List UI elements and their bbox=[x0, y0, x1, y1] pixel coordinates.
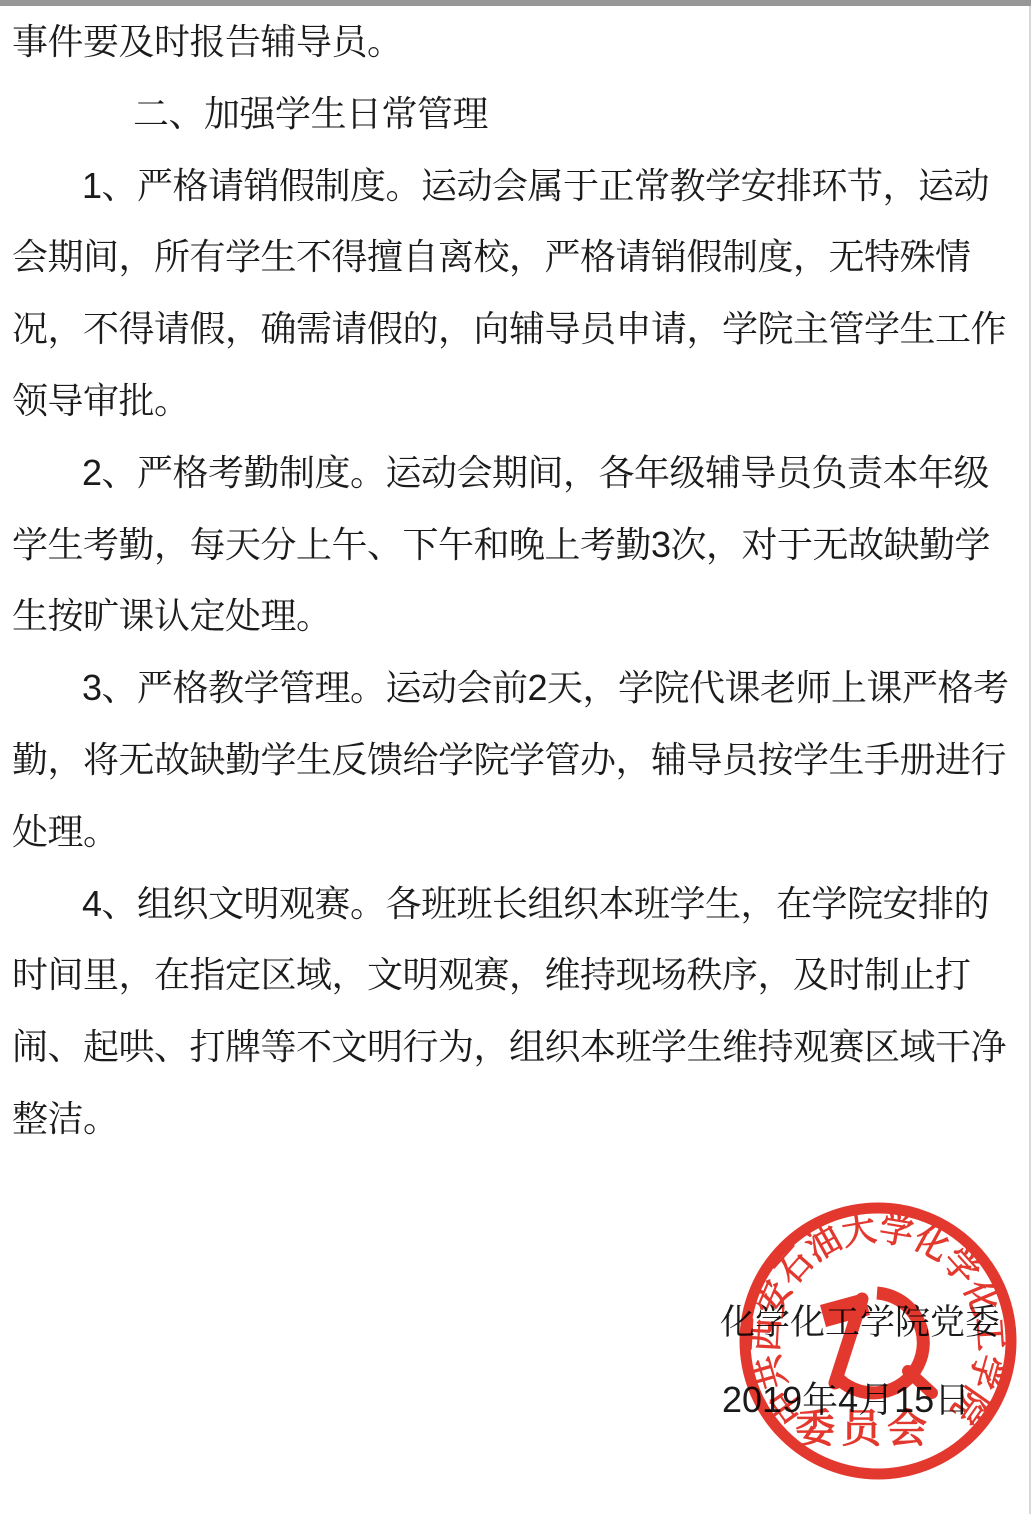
hammer-sickle-icon bbox=[820, 1293, 932, 1393]
text-line: 二、加强学生日常管理 bbox=[12, 78, 1017, 150]
text-line: 2、严格考勤制度。运动会期间，各年级辅导员负责本年级 bbox=[12, 437, 1017, 509]
seal-bottom-text: 委员会 bbox=[795, 1407, 933, 1451]
text-line: 况，不得请假，确需请假的，向辅导员申请，学院主管学生工作 bbox=[12, 293, 1017, 365]
document-body: 事件要及时报告辅导员。二、加强学生日常管理1、严格请销假制度。运动会属于正常教学… bbox=[12, 6, 1017, 1155]
text-line: 3、严格教学管理。运动会前2天，学院代课老师上课严格考 bbox=[12, 652, 1017, 724]
text-line: 闹、起哄、打牌等不文明行为，组织本班学生维持观赛区域干净 bbox=[12, 1011, 1017, 1083]
text-line: 生按旷课认定处理。 bbox=[12, 580, 1017, 652]
official-seal: 中共西安石油大学化学化工学院 委员会 bbox=[738, 1201, 1018, 1481]
text-line: 1、严格请销假制度。运动会属于正常教学安排环节，运动 bbox=[12, 150, 1017, 222]
text-line: 4、组织文明观赛。各班班长组织本班学生，在学院安排的 bbox=[12, 868, 1017, 940]
text-line: 领导审批。 bbox=[12, 365, 1017, 437]
text-line: 事件要及时报告辅导员。 bbox=[12, 6, 1017, 78]
text-line: 学生考勤，每天分上午、下午和晚上考勤3次，对于无故缺勤学 bbox=[12, 509, 1017, 581]
text-line: 整洁。 bbox=[12, 1083, 1017, 1155]
document-page: { "page": { "background_color": "#ffffff… bbox=[0, 0, 1031, 1514]
text-line: 时间里，在指定区域，文明观赛，维持现场秩序，及时制止打 bbox=[12, 939, 1017, 1011]
text-line: 处理。 bbox=[12, 796, 1017, 868]
text-line: 勤，将无故缺勤学生反馈给学院学管办，辅导员按学生手册进行 bbox=[12, 724, 1017, 796]
text-line: 会期间，所有学生不得擅自离校，严格请销假制度，无特殊情 bbox=[12, 221, 1017, 293]
